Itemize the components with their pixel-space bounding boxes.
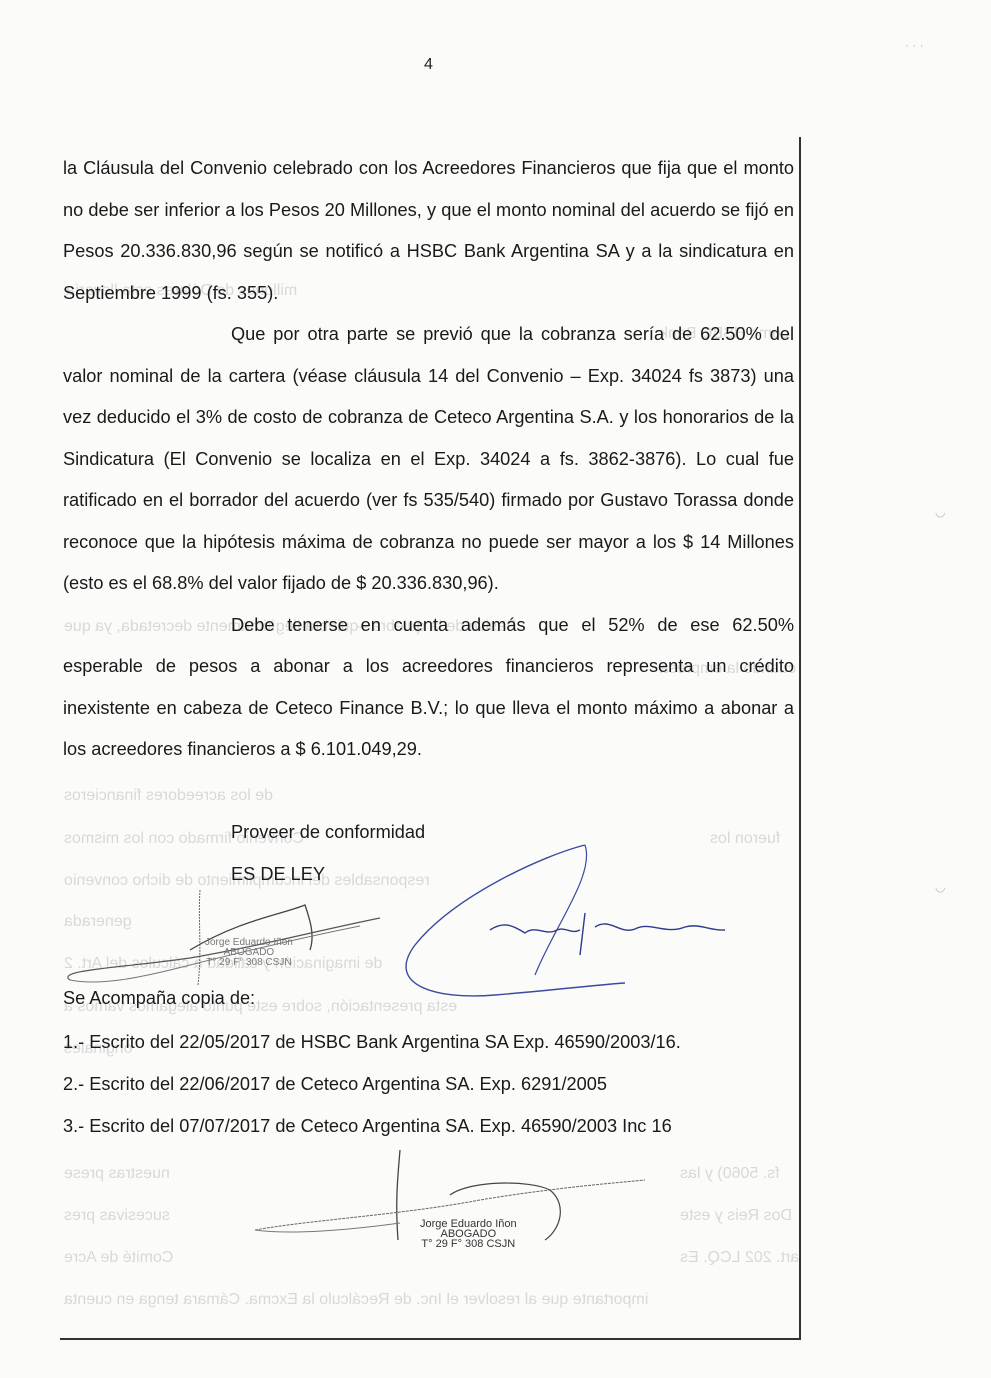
lawyer-stamp-bottom: Jorge Eduardo Iñon ABOGADO T° 29 F° 308 … xyxy=(420,1219,517,1249)
signature-left xyxy=(60,880,390,990)
stamp-registration: T° 29 F° 308 CSJN xyxy=(420,1239,517,1249)
attachment-item: 1.- Escrito del 22/05/2017 de HSBC Bank … xyxy=(63,1028,681,1070)
scan-mark: ◡ xyxy=(935,880,945,894)
paragraph-credito: Debe tenerse en cuenta además que el 52%… xyxy=(63,605,794,771)
scan-mark: · · · xyxy=(905,38,924,52)
lawyer-stamp-left: Jorge Eduardo Iñon ABOGADO T° 29 F° 308 … xyxy=(205,938,293,968)
paragraph-convenio: la Cláusula del Convenio celebrado con l… xyxy=(63,148,794,314)
attachments-title: Se Acompaña copia de: xyxy=(63,988,255,1009)
scan-mark: ◡ xyxy=(935,505,945,519)
bleed-through-text: Dos Reis y este xyxy=(680,1207,792,1225)
margin-line-right xyxy=(799,137,801,1340)
attachments-list: 1.- Escrito del 22/05/2017 de HSBC Bank … xyxy=(63,1028,681,1154)
bleed-through-text: importante que al resolver el Inc. de Re… xyxy=(64,1291,648,1309)
paragraph-cobranza: Que por otra parte se previó que la cobr… xyxy=(63,314,794,605)
stamp-registration: T° 29 F° 308 CSJN xyxy=(205,958,293,968)
bleed-through-text: art. 202 LCQ. Es xyxy=(680,1249,799,1267)
page-number: 4 xyxy=(424,56,433,74)
bleed-through-text: de los acreedores financieros xyxy=(64,787,273,805)
bleed-through-text: nuestras prese xyxy=(64,1165,170,1183)
document-body: la Cláusula del Convenio celebrado con l… xyxy=(63,148,794,771)
bleed-through-text: Comité de Acre xyxy=(64,1249,173,1267)
attachment-item: 2.- Escrito del 22/06/2017 de Ceteco Arg… xyxy=(63,1070,681,1112)
signature-blue xyxy=(395,835,735,1005)
bleed-through-text: sucesivas pres xyxy=(64,1207,170,1225)
bleed-through-text: fs. 5060) y las xyxy=(680,1165,780,1183)
margin-line-bottom xyxy=(60,1338,801,1340)
